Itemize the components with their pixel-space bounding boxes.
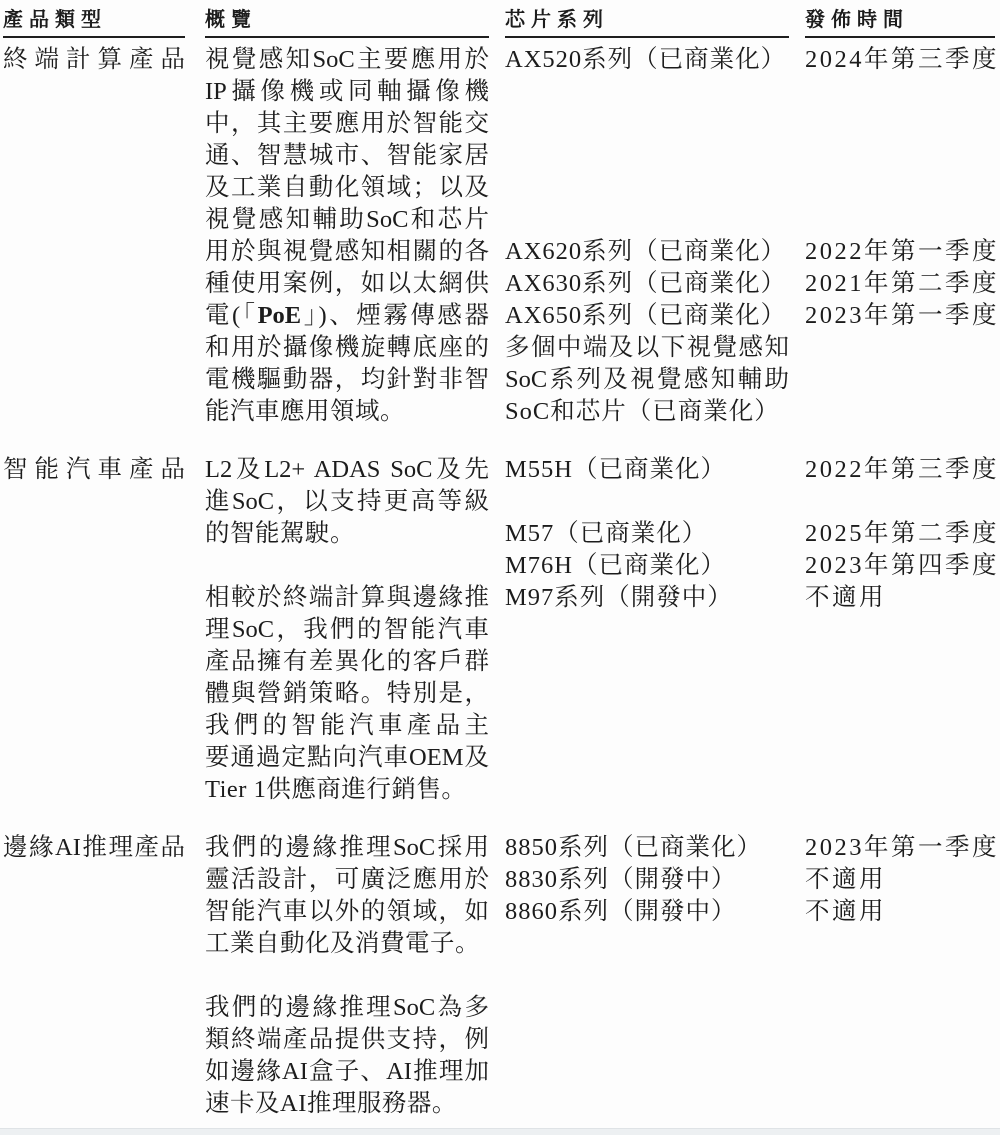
overview-cell: 視覺感知SoC主要應用於IP攝像機或同軸攝像機中，其主要應用於智能交通、智慧城市… — [205, 44, 505, 428]
text-line: 產品擁有差異化的客戶群 — [205, 646, 489, 678]
text-line — [805, 108, 995, 140]
text-line: 體與營銷策略。特別是， — [205, 678, 489, 710]
text-line — [805, 486, 995, 518]
text-line — [505, 140, 789, 172]
text-line — [805, 742, 995, 774]
text-line — [805, 678, 995, 710]
product-type-cell: 智能汽車產品 — [3, 454, 205, 806]
text-line: 2021年第二季度 — [805, 268, 995, 300]
header-cell-product-type: 產品類型 — [3, 8, 205, 38]
text-line: 2022年第三季度 — [805, 454, 995, 486]
text-line: M57（已商業化） — [505, 518, 789, 550]
text-line — [805, 204, 995, 236]
column-header-overview: 概覽 — [205, 8, 489, 38]
text-line — [805, 364, 995, 396]
text-line — [505, 710, 789, 742]
text-line: 視覺感知輔助SoC和芯片 — [205, 204, 489, 236]
text-line: 類終端產品提供支持，例 — [205, 1024, 489, 1056]
overview-cell: L2及L2+ ADAS SoC及先進SoC，以支持更高等級的智能駕駛。相較於終端… — [205, 454, 505, 806]
text-line — [805, 332, 995, 364]
release-date-cell: 2024年第三季度2022年第一季度2021年第二季度2023年第一季度 — [805, 44, 1000, 428]
text-line — [505, 928, 789, 960]
text-line: 我們的邊緣推理SoC為多 — [205, 992, 489, 1024]
text-line — [505, 614, 789, 646]
text-line: 我們的邊緣推理SoC採用 — [205, 832, 489, 864]
text-line: IP攝像機或同軸攝像機 — [205, 76, 489, 108]
column-header-chip-series: 芯片系列 — [505, 8, 789, 38]
text-line: 速卡及AI推理服務器。 — [205, 1088, 489, 1120]
text-line — [505, 172, 789, 204]
prospectus-product-table-page: 產品類型 概覽 芯片系列 發佈時間 終端計算產品 視覺感知SoC主要應用於IP攝… — [0, 0, 1000, 1135]
text-line: 不適用 — [805, 896, 995, 928]
text-line — [205, 550, 489, 582]
text-line — [505, 204, 789, 236]
text-line — [805, 140, 995, 172]
text-line: 8860系列（開發中） — [505, 896, 789, 928]
text-line: 靈活設計，可廣泛應用於 — [205, 864, 489, 896]
column-header-product-type: 產品類型 — [3, 8, 185, 38]
text-line: 中，其主要應用於智能交 — [205, 108, 489, 140]
text-line: 8830系列（開發中） — [505, 864, 789, 896]
text-line: M76H（已商業化） — [505, 550, 789, 582]
text-line — [805, 774, 995, 806]
text-line — [805, 646, 995, 678]
text-line: 相較於終端計算與邊緣推 — [205, 582, 489, 614]
text-line: 能汽車應用領域。 — [205, 396, 489, 428]
product-type-label: 終端計算產品 — [3, 44, 185, 76]
text-line — [505, 108, 789, 140]
text-line: 要通過定點向汽車OEM及 — [205, 742, 489, 774]
text-line: 不適用 — [805, 864, 995, 896]
text-line: 8850系列（已商業化） — [505, 832, 789, 864]
text-line: SoC和芯片（已商業化） — [505, 396, 789, 428]
table-row-smart-vehicle-products: 智能汽車產品 L2及L2+ ADAS SoC及先進SoC，以支持更高等級的智能駕… — [0, 454, 1000, 806]
header-cell-chip-series: 芯片系列 — [505, 8, 805, 38]
text-line — [505, 1088, 789, 1120]
chip-series-cell: AX520系列（已商業化）AX620系列（已商業化）AX630系列（已商業化）A… — [505, 44, 805, 428]
chip-series-cell: 8850系列（已商業化）8830系列（開發中）8860系列（開發中） — [505, 832, 805, 1120]
text-line: 電機驅動器，均針對非智 — [205, 364, 489, 396]
text-line — [505, 960, 789, 992]
text-line: 理SoC，我們的智能汽車 — [205, 614, 489, 646]
product-type-cell: 邊緣AI推理產品 — [3, 832, 205, 1120]
text-line — [505, 486, 789, 518]
product-type-label: 邊緣AI推理產品 — [3, 832, 185, 864]
text-line — [505, 76, 789, 108]
text-line — [805, 710, 995, 742]
text-line: 2024年第三季度 — [805, 44, 995, 76]
product-type-label: 智能汽車產品 — [3, 454, 185, 486]
text-line — [505, 742, 789, 774]
text-line: 如邊緣AI盒子、AI推理加 — [205, 1056, 489, 1088]
text-line — [805, 172, 995, 204]
table-row-edge-ai-inference-products: 邊緣AI推理產品 我們的邊緣推理SoC採用靈活設計，可廣泛應用於智能汽車以外的領… — [0, 832, 1000, 1120]
text-line — [805, 1024, 995, 1056]
table-header-row: 產品類型 概覽 芯片系列 發佈時間 — [0, 0, 1000, 38]
text-line: 2022年第一季度 — [805, 236, 995, 268]
text-line: 2023年第一季度 — [805, 300, 995, 332]
text-line — [805, 992, 995, 1024]
text-line: 電(「PoE」)、煙霧傳感器 — [205, 300, 489, 332]
text-line: 通、智慧城市、智能家居 — [205, 140, 489, 172]
text-line: 2025年第二季度 — [805, 518, 995, 550]
text-line: Tier 1供應商進行銷售。 — [205, 774, 489, 806]
text-line: 我們的智能汽車產品主 — [205, 710, 489, 742]
text-line: AX520系列（已商業化） — [505, 44, 789, 76]
header-cell-release-date: 發佈時間 — [805, 8, 1000, 38]
text-line — [505, 646, 789, 678]
text-line: M97系列（開發中） — [505, 582, 789, 614]
text-line — [805, 1088, 995, 1120]
text-line: SoC系列及視覺感知輔助 — [505, 364, 789, 396]
text-line — [505, 1024, 789, 1056]
text-line — [805, 1056, 995, 1088]
text-line: AX620系列（已商業化） — [505, 236, 789, 268]
text-line: 2023年第四季度 — [805, 550, 995, 582]
release-date-cell: 2023年第一季度不適用不適用 — [805, 832, 1000, 1120]
text-line — [205, 960, 489, 992]
chip-series-cell: M55H（已商業化）M57（已商業化）M76H（已商業化）M97系列（開發中） — [505, 454, 805, 806]
text-line: 和用於攝像機旋轉底座的 — [205, 332, 489, 364]
text-line — [505, 774, 789, 806]
release-date-cell: 2022年第三季度2025年第二季度2023年第四季度不適用 — [805, 454, 1000, 806]
text-line — [805, 614, 995, 646]
text-line: 的智能駕駛。 — [205, 518, 489, 550]
page-bottom-edge — [0, 1128, 1000, 1135]
text-line: 工業自動化及消費電子。 — [205, 928, 489, 960]
text-line: 2023年第一季度 — [805, 832, 995, 864]
text-line — [505, 992, 789, 1024]
overview-cell: 我們的邊緣推理SoC採用靈活設計，可廣泛應用於智能汽車以外的領域，如工業自動化及… — [205, 832, 505, 1120]
text-line — [805, 928, 995, 960]
text-line: 視覺感知SoC主要應用於 — [205, 44, 489, 76]
text-line — [505, 1056, 789, 1088]
text-line: 不適用 — [805, 582, 995, 614]
text-line — [805, 960, 995, 992]
text-line: 及工業自動化領域；以及 — [205, 172, 489, 204]
text-line: AX650系列（已商業化） — [505, 300, 789, 332]
product-type-cell: 終端計算產品 — [3, 44, 205, 428]
header-cell-overview: 概覽 — [205, 8, 505, 38]
text-line — [805, 76, 995, 108]
text-line: 多個中端及以下視覺感知 — [505, 332, 789, 364]
text-line: M55H（已商業化） — [505, 454, 789, 486]
table-row-terminal-computing-products: 終端計算產品 視覺感知SoC主要應用於IP攝像機或同軸攝像機中，其主要應用於智能… — [0, 44, 1000, 428]
text-line: 進SoC，以支持更高等級 — [205, 486, 489, 518]
text-line — [805, 396, 995, 428]
text-line: 智能汽車以外的領域，如 — [205, 896, 489, 928]
column-header-release-date: 發佈時間 — [805, 8, 995, 38]
text-line: 種使用案例，如以太網供 — [205, 268, 489, 300]
text-line — [505, 678, 789, 710]
text-line: L2及L2+ ADAS SoC及先 — [205, 454, 489, 486]
text-line: 用於與視覺感知相關的各 — [205, 236, 489, 268]
text-line: AX630系列（已商業化） — [505, 268, 789, 300]
